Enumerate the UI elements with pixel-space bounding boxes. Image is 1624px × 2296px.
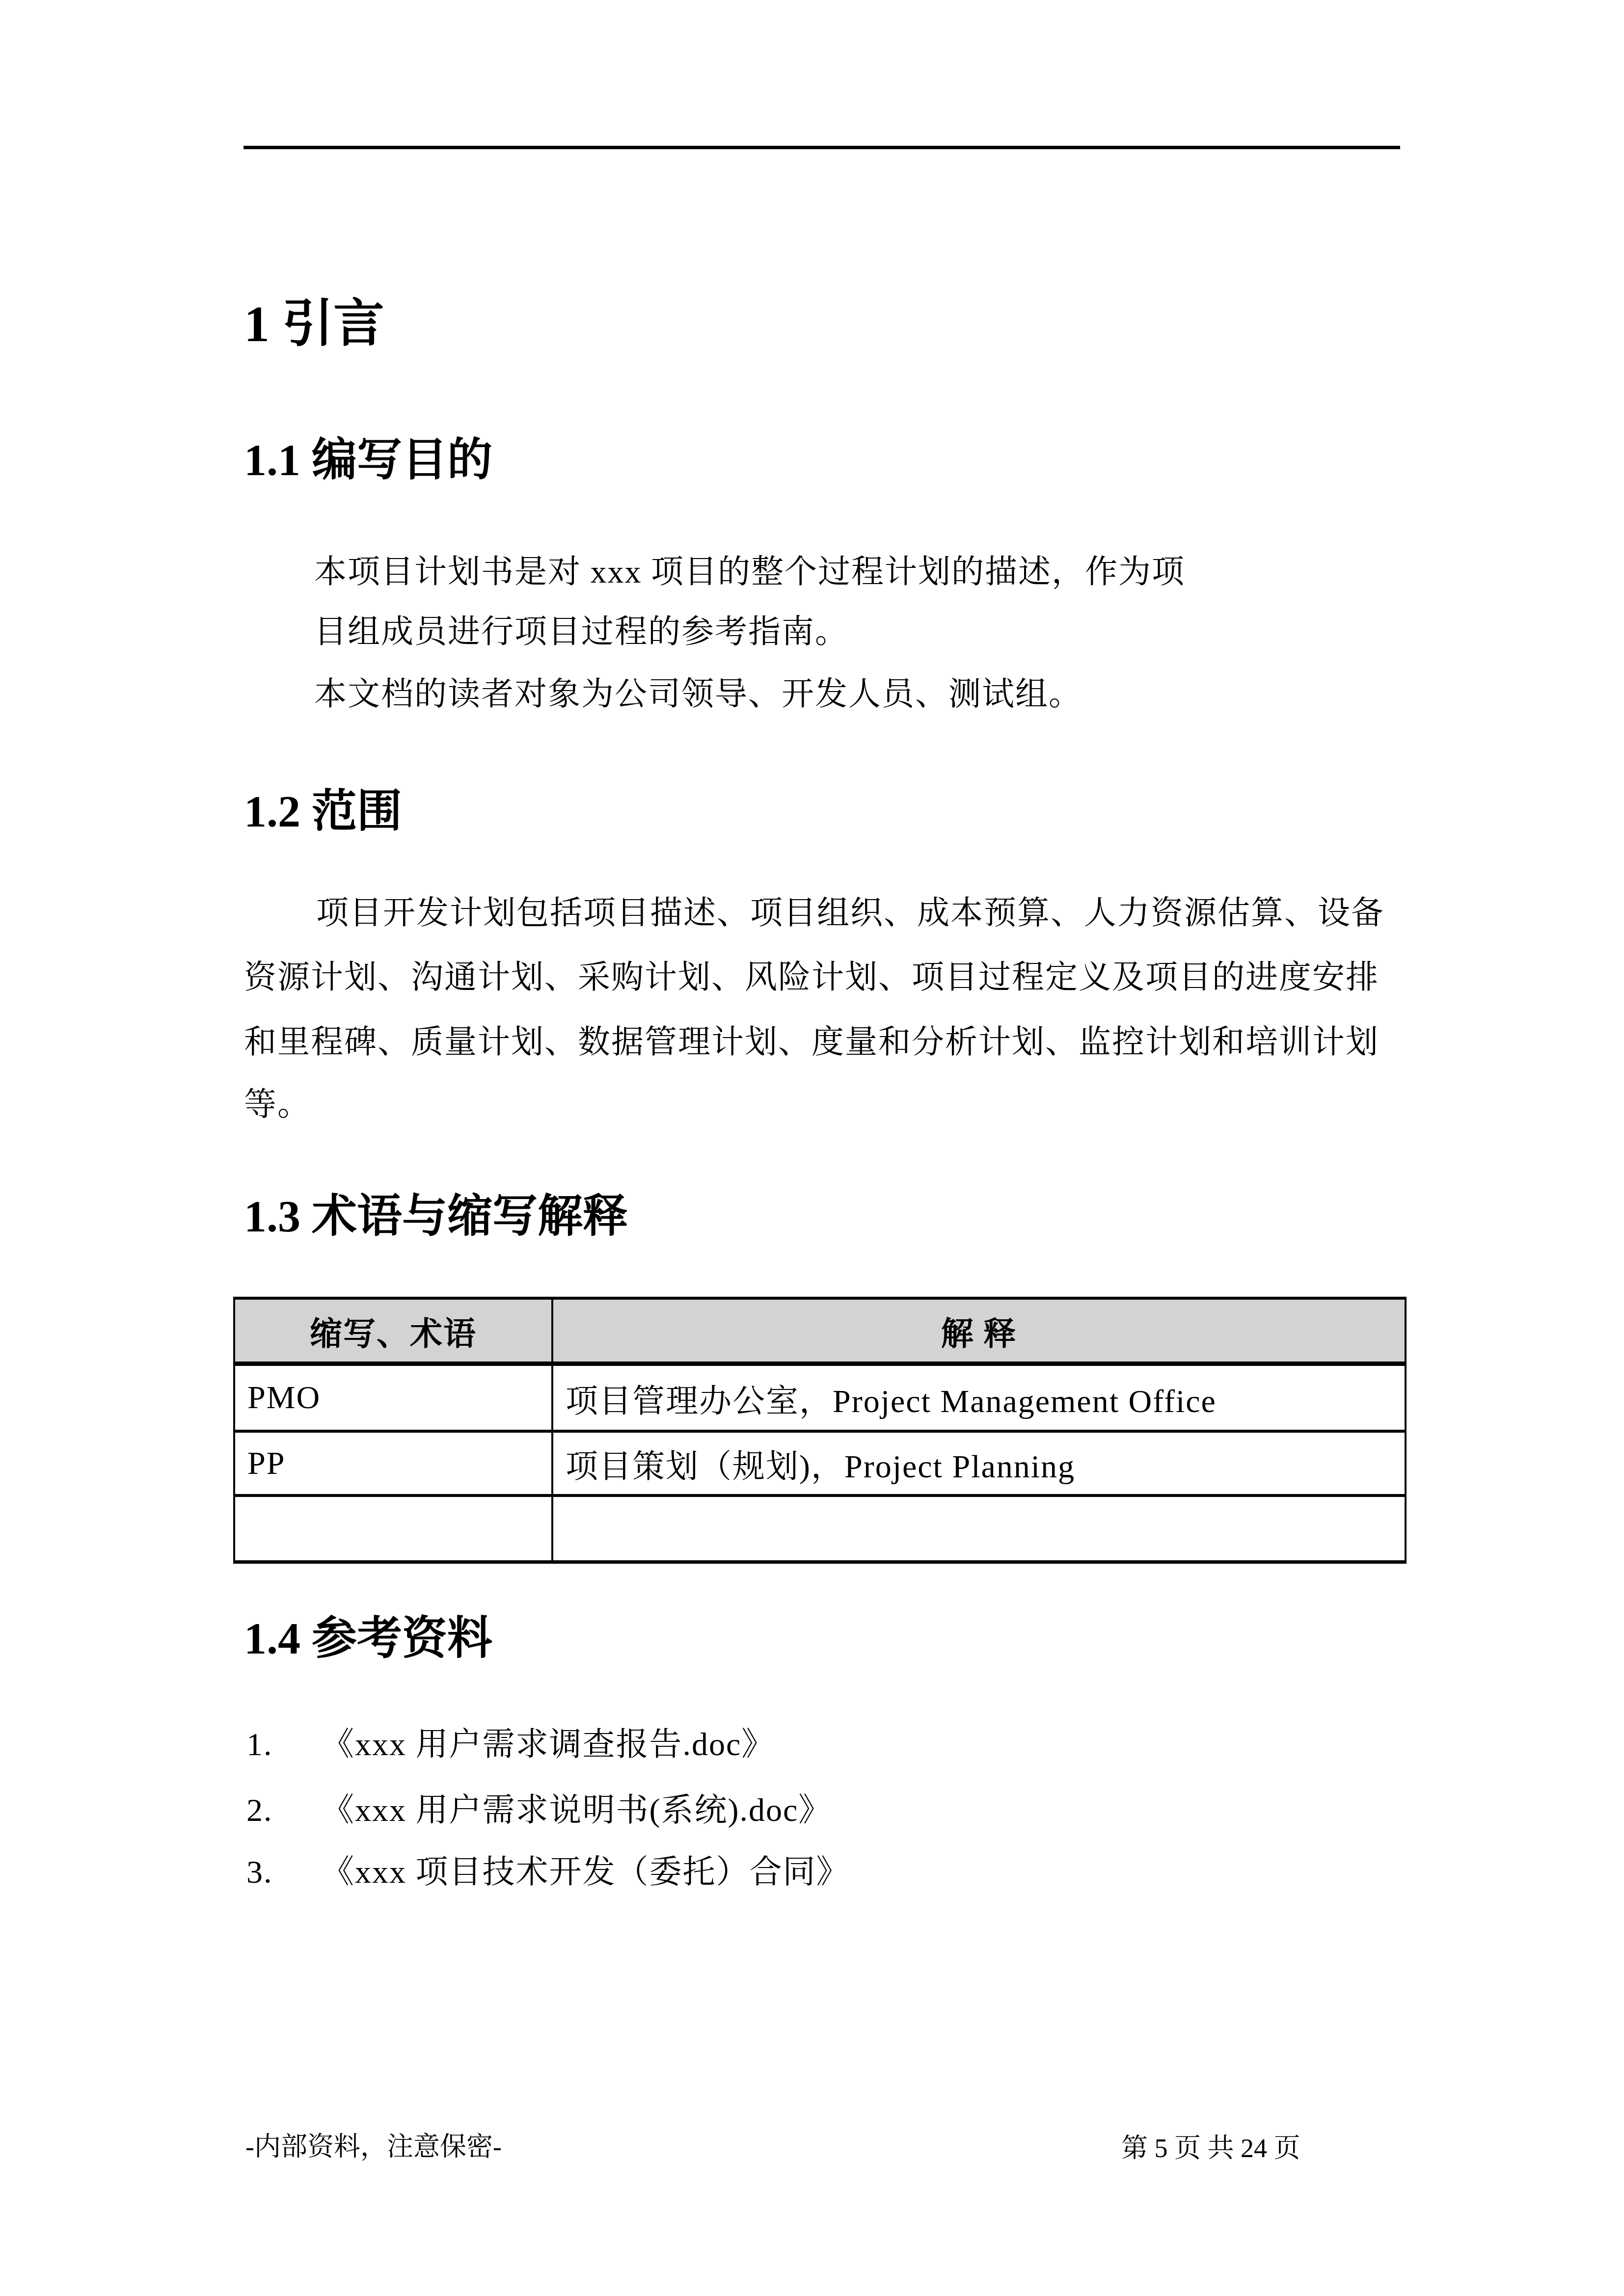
reference-item-text: 《xxx 用户需求说明书(系统).doc》 (322, 1794, 832, 1827)
paragraph-line: 等。 (244, 1089, 311, 1121)
paragraph-line: 资源计划、沟通计划、采购计划、风险计划、项目过程定义及项目的进度安排 (244, 961, 1379, 994)
reference-item-number: 3. (246, 1856, 273, 1889)
reference-item-number: 2. (246, 1794, 273, 1827)
table-row (235, 1497, 1405, 1560)
section-title-1-1: 1.1 编写目的 (244, 437, 492, 482)
paragraph-line: 目组成员进行项目过程的参考指南。 (314, 616, 848, 648)
document-page: 1 引言 1.1 编写目的 本项目计划书是对 xxx 项目的整个过程计划的描述，… (0, 0, 1624, 2296)
table-row: PP 项目策划（规划)，Project Planning (235, 1433, 1405, 1497)
table-cell-definition: 项目策划（规划)，Project Planning (553, 1433, 1405, 1494)
table-header-cell-term: 缩写、术语 (235, 1300, 553, 1362)
table-cell-term (235, 1497, 553, 1560)
section-title-1-4: 1.4 参考资料 (244, 1616, 492, 1661)
paragraph-line: 本文档的读者对象为公司领导、开发人员、测试组。 (314, 678, 1082, 711)
footer-confidential-note: -内部资料，注意保密- (245, 2134, 502, 2160)
table-cell-definition: 项目管理办公室，Project Management Office (553, 1366, 1405, 1430)
paragraph-line: 项目开发计划包括项目描述、项目组织、成本预算、人力资源估算、设备 (316, 897, 1384, 930)
reference-item-text: 《xxx 项目技术开发（委托）合同》 (322, 1856, 850, 1889)
paragraph-line: 和里程碑、质量计划、数据管理计划、度量和分析计划、监控计划和培训计划 (244, 1026, 1379, 1059)
table-row: PMO 项目管理办公室，Project Management Office (235, 1366, 1405, 1433)
chapter-heading: 1 引言 (244, 299, 384, 350)
section-title-1-2: 1.2 范围 (244, 789, 402, 834)
table-cell-term: PP (235, 1433, 553, 1494)
table-header-cell-definition: 解 释 (553, 1300, 1405, 1362)
table-cell-definition (553, 1497, 1405, 1560)
paragraph-line: 本项目计划书是对 xxx 项目的整个过程计划的描述，作为项 (314, 556, 1185, 588)
reference-item-number: 1. (246, 1729, 273, 1761)
header-rule (244, 146, 1400, 149)
table-header-row: 缩写、术语 解 释 (235, 1300, 1405, 1366)
footer-page-number: 第 5 页 共 24 页 (1121, 2135, 1300, 2162)
table-cell-term: PMO (235, 1366, 553, 1430)
section-title-1-3: 1.3 术语与缩写解释 (244, 1194, 628, 1239)
reference-item-text: 《xxx 用户需求调查报告.doc》 (322, 1729, 775, 1761)
terms-table: 缩写、术语 解 释 PMO 项目管理办公室，Project Management… (233, 1297, 1407, 1564)
